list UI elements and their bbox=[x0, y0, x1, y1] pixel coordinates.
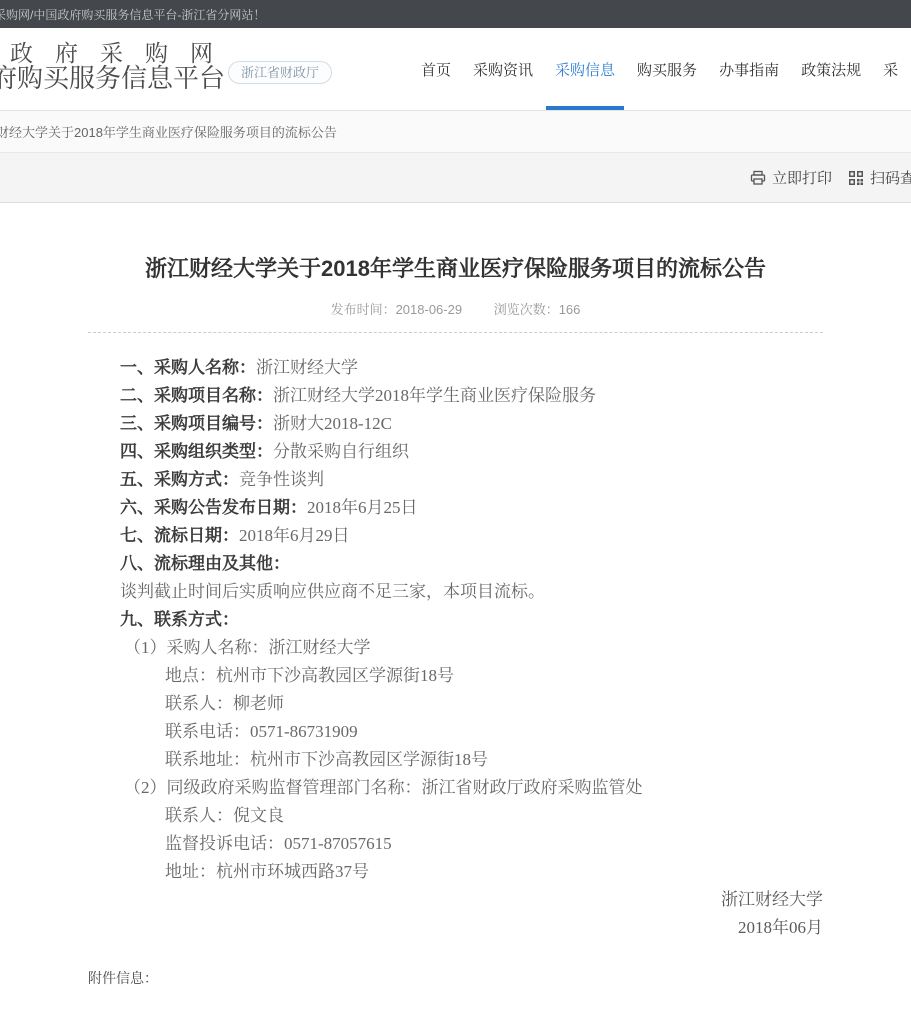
nav-item-clipped[interactable]: 采 bbox=[874, 28, 907, 110]
contact2-address: 地址：杭州市环城西路37号 bbox=[120, 858, 823, 886]
top-notice-text: 采购网/中国政府购买服务信息平台-浙江省分网站！ bbox=[0, 6, 265, 23]
contact2-department: （2）同级政府采购监督管理部门名称：浙江省财政厅政府采购监管处 bbox=[120, 774, 823, 802]
logo-subtitle: 府购买服务信息平台 bbox=[0, 65, 235, 92]
item-announce-date: 六、采购公告发布日期：2018年6月25日 bbox=[120, 494, 823, 522]
item-project-number: 三、采购项目编号：浙财大2018-12C bbox=[120, 410, 823, 438]
logo-title: 政府采购网 bbox=[10, 41, 235, 65]
qr-scan-label: 扫码查看 bbox=[870, 167, 911, 188]
view-count: 浏览次数：166 bbox=[494, 302, 581, 317]
article-toolbar: 立即打印 扫码查看 bbox=[0, 153, 911, 203]
contact2-person: 联系人：倪文良 bbox=[120, 802, 823, 830]
page-title: 浙江财经大学关于2018年学生商业医疗保险服务项目的流标公告 bbox=[88, 254, 823, 284]
nav-item-purchase-service[interactable]: 购买服务 bbox=[628, 28, 706, 110]
item-organization-type: 四、采购组织类型：分散采购自行组织 bbox=[120, 438, 823, 466]
print-button[interactable]: 立即打印 bbox=[750, 167, 832, 188]
nav-item-procurement-news[interactable]: 采购资讯 bbox=[464, 28, 542, 110]
contact2-complaint-phone: 监督投诉电话：0571-87057615 bbox=[120, 830, 823, 858]
breadcrumb-text: 财经大学关于2018年学生商业医疗保险服务项目的流标公告 bbox=[0, 122, 337, 141]
site-header: 政府采购网 府购买服务信息平台 浙江省财政厅 首页 采购资讯 采购信息 购买服务… bbox=[0, 28, 911, 111]
signature-org: 浙江财经大学 bbox=[120, 886, 823, 914]
printer-icon bbox=[750, 170, 766, 186]
province-badge: 浙江省财政厅 bbox=[228, 61, 332, 84]
item-contact-heading: 九、联系方式： bbox=[120, 606, 823, 634]
dashed-divider bbox=[88, 332, 823, 333]
breadcrumb: 财经大学关于2018年学生商业医疗保险服务项目的流标公告 bbox=[0, 111, 911, 153]
article-container: 浙江财经大学关于2018年学生商业医疗保险服务项目的流标公告 发布时间：2018… bbox=[88, 254, 823, 988]
publish-time: 发布时间：2018-06-29 bbox=[331, 302, 463, 317]
signature-date: 2018年06月 bbox=[120, 914, 823, 942]
attachments-label: 附件信息： bbox=[88, 968, 823, 988]
item-project-name: 二、采购项目名称：浙江财经大学2018年学生商业医疗保险服务 bbox=[120, 382, 823, 410]
top-notice-bar: 采购网/中国政府购买服务信息平台-浙江省分网站！ bbox=[0, 0, 911, 28]
item-failure-date: 七、流标日期：2018年6月29日 bbox=[120, 522, 823, 550]
nav-item-policies[interactable]: 政策法规 bbox=[792, 28, 870, 110]
main-nav: 首页 采购资讯 采购信息 购买服务 办事指南 政策法规 采 bbox=[410, 28, 909, 110]
nav-item-home[interactable]: 首页 bbox=[412, 28, 460, 110]
contact1-name: （1）采购人名称：浙江财经大学 bbox=[120, 634, 823, 662]
article-meta: 发布时间：2018-06-29 浏览次数：166 bbox=[88, 301, 823, 319]
contact1-address: 联系地址：杭州市下沙高教园区学源街18号 bbox=[120, 746, 823, 774]
qr-code-icon bbox=[848, 170, 864, 186]
nav-item-guide[interactable]: 办事指南 bbox=[710, 28, 788, 110]
item-buyer-name: 一、采购人名称：浙江财经大学 bbox=[120, 354, 823, 382]
contact1-phone: 联系电话：0571-86731909 bbox=[120, 718, 823, 746]
item-procurement-method: 五、采购方式：竞争性谈判 bbox=[120, 466, 823, 494]
site-logo[interactable]: 政府采购网 府购买服务信息平台 bbox=[0, 41, 235, 92]
article-body: 一、采购人名称：浙江财经大学 二、采购项目名称：浙江财经大学2018年学生商业医… bbox=[88, 354, 823, 942]
failure-reason-text: 谈判截止时间后实质响应供应商不足三家，本项目流标。 bbox=[120, 578, 823, 606]
contact1-location: 地点：杭州市下沙高教园区学源街18号 bbox=[120, 662, 823, 690]
contact1-person: 联系人：柳老师 bbox=[120, 690, 823, 718]
print-label: 立即打印 bbox=[772, 167, 832, 188]
qr-scan-button[interactable]: 扫码查看 bbox=[848, 167, 911, 188]
nav-item-procurement-info[interactable]: 采购信息 bbox=[546, 28, 624, 110]
item-failure-reason-heading: 八、流标理由及其他： bbox=[120, 550, 823, 578]
